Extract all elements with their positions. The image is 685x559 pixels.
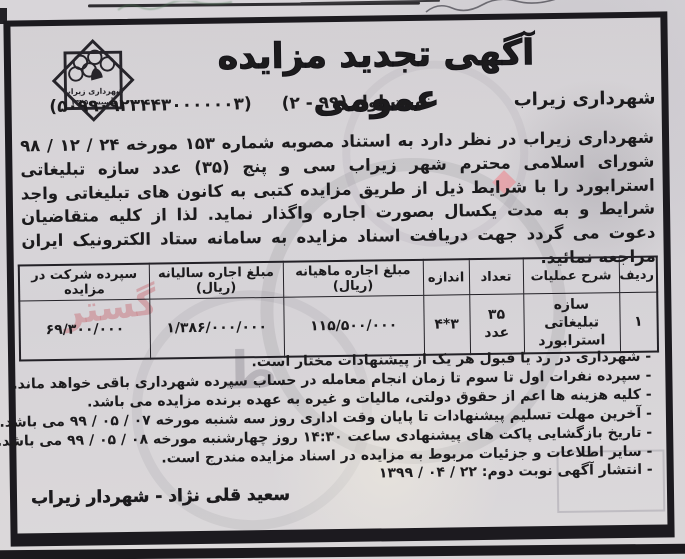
col-quantity: تعداد: [469, 258, 523, 294]
col-monthly-rent: مبلغ اجاره ماهیانه (ریال): [283, 260, 423, 297]
quantity-unit: عدد: [473, 323, 520, 342]
cell-monthly-rent: ۱۱۵/۵۰۰/۰۰۰: [283, 295, 424, 356]
terms-list: - شهرداری در رد یا قبول هر یک از پیشنهاد…: [23, 348, 653, 489]
col-size: اندازه: [423, 259, 469, 295]
cell-quantity: ۳۵ عدد: [469, 294, 524, 354]
quantity-number: ۳۵: [473, 305, 520, 324]
mayor-signature: سعید قلی نژاد - شهردار زیراب: [31, 485, 290, 509]
col-row-number: ردیف: [619, 257, 657, 293]
reference-number: (۵۰۹۹۰۹۲۳۴۴۳۰۰۰۰۰۰۳): [49, 94, 252, 117]
col-deposit: سپرده شرکت در مزایده: [19, 264, 149, 301]
col-description: شرح عملیات: [523, 257, 619, 294]
municipality-name: شهرداری زیراب: [513, 88, 655, 111]
cell-deposit: ۶۹/۳۰۰/۰۰۰: [19, 299, 150, 360]
cell-yearly-rent: ۱/۳۸۶/۰۰۰/۰۰۰: [149, 297, 284, 358]
newspaper-scan: گستر ط شهرداری زیراب تأسیس: [0, 0, 685, 559]
col-yearly-rent: مبلغ اجاره سالیانه (ریال): [149, 262, 283, 299]
cell-size: ۴*۳: [423, 295, 470, 355]
publication-round: نوبت اول (۹۹ - ۲): [282, 92, 432, 114]
cell-row-number: ۱: [619, 292, 658, 352]
cell-description: سازه تبلیغاتی استرابورد: [523, 293, 620, 354]
notice-body-paragraph: شهرداری زیراب در نظر دارد به استناد مصوب…: [20, 126, 656, 278]
newspaper-rule-bar: [0, 544, 685, 559]
logo-name-label: شهرداری زیراب: [63, 86, 124, 96]
auction-items-table: ردیف شرح عملیات تعداد اندازه مبلغ اجاره …: [18, 256, 659, 362]
notice-content: شهرداری زیراب تأسیس ۱۳۴۵ آگهی تجدید مزای…: [10, 17, 667, 533]
ink-bleed-scribble: [116, 1, 236, 15]
auction-notice-frame: گستر ط شهرداری زیراب تأسیس: [3, 11, 674, 546]
